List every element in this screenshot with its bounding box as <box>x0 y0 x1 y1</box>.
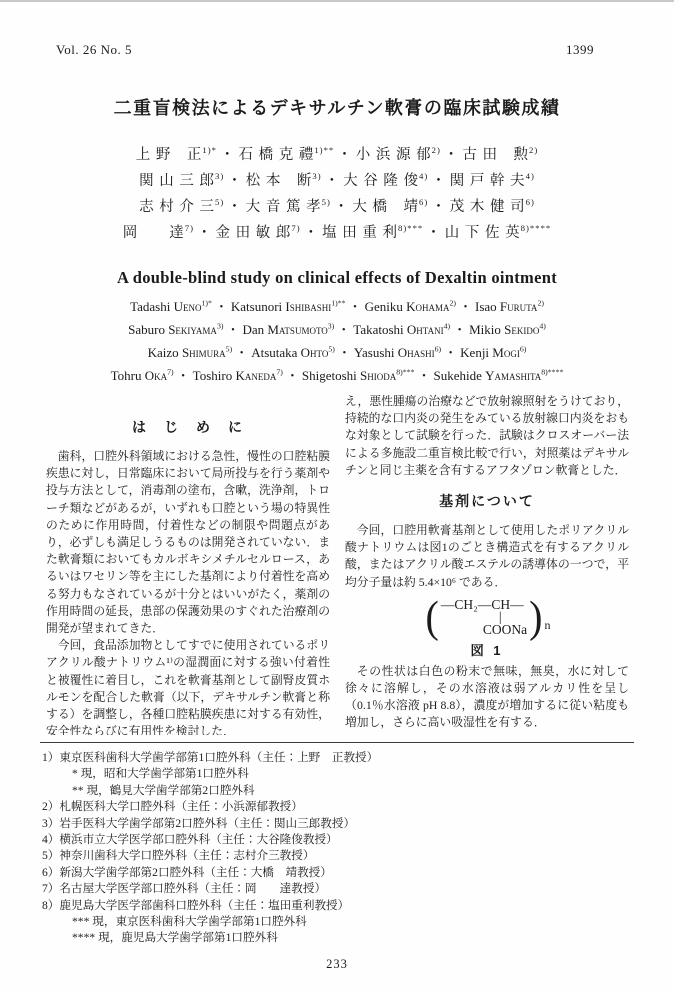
author-superscript: 6) <box>419 197 428 207</box>
author-name: 上 野 正1)* <box>136 147 217 163</box>
author-separator: ・ <box>224 199 246 215</box>
author-name: 塩 田 重 利8)*** <box>322 225 423 241</box>
authors-en: Tadashi Ueno1)*・Katsunori Ishibashi1)**・… <box>0 295 674 387</box>
formula-paren-right: ) <box>527 594 544 639</box>
author-name: Mikio Sekido4) <box>469 322 546 337</box>
author-given: Mikio <box>469 322 504 337</box>
author-name: 小 浜 源 郁2) <box>356 147 441 163</box>
author-family: Yamashita <box>485 368 541 383</box>
author-name-text: 古 田 勲 <box>462 147 529 163</box>
author-given: Toshiro <box>193 368 236 383</box>
author-superscript: 1)** <box>314 145 334 155</box>
formula-line1: —CH₂—CH— <box>441 597 527 612</box>
author-given: Geniku <box>365 299 407 314</box>
author-family: Ueno <box>174 299 202 314</box>
author-family: Shioda <box>360 368 396 383</box>
author-separator: ・ <box>456 299 475 314</box>
en-author-row: Saburo Sekiyama3)・Dan Matsumoto3)・Takato… <box>0 318 674 341</box>
en-author-row: Tohru Oka7)・Toshiro Kaneda7)・Shigetoshi … <box>0 364 674 387</box>
author-separator: ・ <box>334 322 353 337</box>
body-paragraph-continuation: え，悪性腫瘍の治療などで放射線照射をうけており，持続的な口内炎の発生をみている放… <box>345 393 629 479</box>
footnote-item: 3）岩手医科大学歯学部第2口腔外科（主任：関山三郎教授） <box>42 816 634 832</box>
author-superscript: 7) <box>276 368 283 377</box>
footnote-item: 2）札幌医科大学口腔外科（主任：小浜源郁教授） <box>42 799 634 815</box>
author-separator: ・ <box>441 345 460 360</box>
author-superscript: 2) <box>432 145 441 155</box>
author-name-text: 松 本 断 <box>246 173 313 189</box>
author-separator: ・ <box>322 173 344 189</box>
body-paragraph-base-intro: 今回，口腔用軟膏基剤として使用したポリアクリル酸ナトリウムは図1のごとき構造式を… <box>345 522 629 591</box>
author-name-text: 上 野 正 <box>136 147 203 163</box>
author-superscript: 5) <box>328 345 335 354</box>
author-name: Geniku Kohama2) <box>365 299 456 314</box>
author-name: 古 田 勲2) <box>462 147 538 163</box>
author-family: Shimura <box>182 345 226 360</box>
figure-1: ( —CH₂—CH— | COONa ) n 図 1 <box>345 597 629 659</box>
author-given: Isao <box>475 299 500 314</box>
author-name-text: 金 田 敏 郎 <box>215 225 291 241</box>
formula-line2: COONa <box>441 622 527 637</box>
author-name: 石 橋 克 禮1)** <box>238 147 334 163</box>
author-name-text: 塩 田 重 利 <box>322 225 398 241</box>
author-superscript: 8)*** <box>396 368 414 377</box>
figure-caption: 図 1 <box>345 640 629 659</box>
body-columns: は じ め に 歯科，口腔外科領域における急性，慢性の口腔粘膜疾患に対し，日常臨… <box>46 393 630 735</box>
author-superscript: 7) <box>167 368 174 377</box>
journal-volume: Vol. 26 No. 5 <box>56 42 132 58</box>
author-superscript: 2) <box>529 145 538 155</box>
body-paragraph: 今回，食品添加物としてすでに使用されているポリアクリル酸ナトリウム¹⁾の湿潤面に… <box>46 637 330 735</box>
author-name: 関 戸 幹 夫4) <box>450 173 535 189</box>
journal-page-number-top: 1399 <box>566 42 594 58</box>
author-name: Toshiro Kaneda7) <box>193 368 283 383</box>
author-family: Kaneda <box>235 368 276 383</box>
author-family: Ohto <box>301 345 329 360</box>
author-name-text: 志 村 介 三 <box>139 199 215 215</box>
author-superscript: 4) <box>539 322 546 331</box>
author-name-text: 岡 達 <box>123 225 185 241</box>
footnote-item: * 現，昭和大学歯学部第1口腔外科 <box>42 766 634 782</box>
section-heading-base: 基剤について <box>345 491 629 511</box>
author-separator: ・ <box>450 322 469 337</box>
author-name: 大 谷 隆 俊4) <box>343 173 428 189</box>
author-given: Dan <box>242 322 267 337</box>
author-given: Tohru <box>111 368 145 383</box>
author-given: Shigetoshi <box>302 368 360 383</box>
author-family: Sekiyama <box>168 322 217 337</box>
author-name: 松 本 断3) <box>246 173 322 189</box>
author-superscript: 4) <box>419 171 428 181</box>
author-separator: ・ <box>428 173 450 189</box>
author-name-text: 小 浜 源 郁 <box>356 147 432 163</box>
author-separator: ・ <box>423 225 445 241</box>
author-name: 大 橋 靖6) <box>352 199 428 215</box>
footnote-item: 6）新潟大学歯学部第2口腔外科（主任：大橋 靖教授） <box>42 865 634 881</box>
formula-bond: | <box>441 612 527 622</box>
footnote-item: 7）名古屋大学医学部口腔外科（主任：岡 達教授） <box>42 881 634 897</box>
author-family: Matsumoto <box>267 322 327 337</box>
formula-body: —CH₂—CH— | COONa <box>441 597 527 637</box>
author-given: Sukehide <box>433 368 485 383</box>
jp-author-row: 上 野 正1)*・石 橋 克 禮1)**・小 浜 源 郁2)・古 田 勲2) <box>0 142 674 168</box>
authors-jp: 上 野 正1)*・石 橋 克 禮1)**・小 浜 源 郁2)・古 田 勲2)関 … <box>0 142 674 246</box>
author-given: Kaizo <box>148 345 182 360</box>
author-given: Saburo <box>128 322 168 337</box>
author-name-text: 茂 木 健 司 <box>450 199 526 215</box>
author-name: Saburo Sekiyama3) <box>128 322 223 337</box>
author-family: Furuta <box>500 299 538 314</box>
author-separator: ・ <box>212 299 231 314</box>
author-given: Katsunori <box>231 299 286 314</box>
author-separator: ・ <box>335 345 354 360</box>
chemical-formula: ( —CH₂—CH— | COONa ) n <box>424 597 551 637</box>
page-footer-number: 233 <box>0 957 674 972</box>
author-name: Dan Matsumoto3) <box>242 322 334 337</box>
author-name-text: 大 橋 靖 <box>352 199 419 215</box>
author-superscript: 1)* <box>201 299 211 308</box>
footnote-rule <box>40 742 634 743</box>
author-given: Tadashi <box>130 299 174 314</box>
paper-page: Vol. 26 No. 5 1399 二重盲検法によるデキサルチン軟膏の臨床試験… <box>0 42 674 972</box>
author-name: 志 村 介 三5) <box>139 199 224 215</box>
footnote-item: 8）鹿児島大学医学部歯科口腔外科（主任：塩田重利教授） <box>42 898 634 914</box>
author-name: Katsunori Ishibashi1)** <box>231 299 346 314</box>
author-superscript: 3) <box>215 171 224 181</box>
author-separator: ・ <box>232 345 251 360</box>
formula-subscript-n: n <box>544 618 550 637</box>
author-separator: ・ <box>441 147 463 163</box>
author-name: 茂 木 健 司6) <box>450 199 535 215</box>
author-superscript: 4) <box>526 171 535 181</box>
author-family: Sekido <box>504 322 539 337</box>
author-name: Kenji Mogi6) <box>460 345 526 360</box>
paper-title-jp: 二重盲検法によるデキサルチン軟膏の臨床試験成績 <box>0 94 674 120</box>
right-column: え，悪性腫瘍の治療などで放射線照射をうけており，持続的な口内炎の発生をみている放… <box>345 393 629 735</box>
author-superscript: 1)** <box>331 299 345 308</box>
author-name-text: 石 橋 克 禮 <box>238 147 314 163</box>
author-name-text: 関 戸 幹 夫 <box>450 173 526 189</box>
paper-title-en: A double-blind study on clinical effects… <box>0 268 674 288</box>
author-superscript: 7) <box>185 223 194 233</box>
author-separator: ・ <box>217 147 239 163</box>
author-superscript: 2) <box>537 299 544 308</box>
author-separator: ・ <box>334 147 356 163</box>
footnote-item: *** 現，東京医科歯科大学歯学部第1口腔外科 <box>42 914 634 930</box>
footnote-item: **** 現，鹿児島大学歯学部第1口腔外科 <box>42 930 634 946</box>
author-family: Kohama <box>406 299 449 314</box>
author-separator: ・ <box>414 368 433 383</box>
author-given: Kenji <box>460 345 492 360</box>
author-superscript: 6) <box>526 197 535 207</box>
author-separator: ・ <box>174 368 193 383</box>
author-family: Ohashi <box>398 345 435 360</box>
author-name: Takatoshi Ohtani4) <box>353 322 450 337</box>
author-superscript: 5) <box>215 197 224 207</box>
author-name: Sukehide Yamashita8)**** <box>433 368 563 383</box>
author-name: 金 田 敏 郎7) <box>215 225 300 241</box>
section-heading-intro: は じ め に <box>46 417 330 437</box>
left-column: は じ め に 歯科，口腔外科領域における急性，慢性の口腔粘膜疾患に対し，日常臨… <box>46 393 330 735</box>
author-name: 関 山 三 郎3) <box>139 173 224 189</box>
author-family: Mogi <box>492 345 520 360</box>
author-superscript: 6) <box>520 345 527 354</box>
author-name: Atsutaka Ohto5) <box>251 345 335 360</box>
jp-author-row: 志 村 介 三5)・大 音 篤 孝5)・大 橋 靖6)・茂 木 健 司6) <box>0 194 674 220</box>
en-author-row: Tadashi Ueno1)*・Katsunori Ishibashi1)**・… <box>0 295 674 318</box>
author-family: Ishibashi <box>285 299 331 314</box>
jp-author-row: 関 山 三 郎3)・松 本 断3)・大 谷 隆 俊4)・関 戸 幹 夫4) <box>0 168 674 194</box>
footnote-item: 5）神奈川歯科大学口腔外科（主任：志村介三教授） <box>42 848 634 864</box>
footnote-item: 4）横浜市立大学医学部口腔外科（主任：大谷隆俊教授） <box>42 832 634 848</box>
author-name-text: 大 谷 隆 俊 <box>343 173 419 189</box>
author-given: Takatoshi <box>353 322 407 337</box>
author-name: 大 音 篤 孝5) <box>246 199 331 215</box>
author-superscript: 5) <box>322 197 331 207</box>
author-name: Kaizo Shimura5) <box>148 345 233 360</box>
author-separator: ・ <box>224 173 246 189</box>
footnote-item: 1）東京医科歯科大学歯学部第1口腔外科（主任：上野 正教授） <box>42 750 634 766</box>
author-superscript: 3) <box>312 171 321 181</box>
footnote-item: ** 現，鶴見大学歯学部第2口腔外科 <box>42 783 634 799</box>
author-family: Oka <box>145 368 167 383</box>
body-paragraph-properties: その性状は白色の粉末で無味，無臭，水に対して徐々に溶解し，その水溶液は弱アルカリ… <box>345 663 629 732</box>
author-separator: ・ <box>346 299 365 314</box>
en-author-row: Kaizo Shimura5)・Atsutaka Ohto5)・Yasushi … <box>0 341 674 364</box>
jp-author-row: 岡 達7)・金 田 敏 郎7)・塩 田 重 利8)***・山 下 佐 英8)**… <box>0 220 674 246</box>
author-superscript: 8)**** <box>541 368 563 377</box>
page-header: Vol. 26 No. 5 1399 <box>56 42 594 58</box>
author-separator: ・ <box>223 322 242 337</box>
author-separator: ・ <box>301 225 323 241</box>
author-name-text: 山 下 佐 英 <box>445 225 521 241</box>
author-superscript: 8)**** <box>521 223 552 233</box>
author-name: Shigetoshi Shioda8)*** <box>302 368 415 383</box>
author-name-text: 大 音 篤 孝 <box>246 199 322 215</box>
author-name: 岡 達7) <box>123 225 194 241</box>
author-family: Ohtani <box>407 322 444 337</box>
author-separator: ・ <box>331 199 353 215</box>
author-superscript: 7) <box>291 223 300 233</box>
author-name: 山 下 佐 英8)**** <box>445 225 552 241</box>
author-name: Isao Furuta2) <box>475 299 544 314</box>
author-name-text: 関 山 三 郎 <box>139 173 215 189</box>
scan-edge <box>0 0 674 2</box>
author-superscript: 2) <box>449 299 456 308</box>
author-name: Tohru Oka7) <box>111 368 174 383</box>
author-superscript: 8)*** <box>398 223 423 233</box>
footnotes: 1）東京医科歯科大学歯学部第1口腔外科（主任：上野 正教授）* 現，昭和大学歯学… <box>42 750 634 947</box>
author-given: Yasushi <box>354 345 398 360</box>
author-name: Yasushi Ohashi6) <box>354 345 441 360</box>
author-given: Atsutaka <box>251 345 300 360</box>
intro-paragraphs: 歯科，口腔外科領域における急性，慢性の口腔粘膜疾患に対し，日常臨床において局所投… <box>46 448 330 735</box>
author-name: Tadashi Ueno1)* <box>130 299 212 314</box>
formula-paren-left: ( <box>424 594 441 639</box>
author-superscript: 1)* <box>202 145 217 155</box>
author-separator: ・ <box>283 368 302 383</box>
body-paragraph: 歯科，口腔外科領域における急性，慢性の口腔粘膜疾患に対し，日常臨床において局所投… <box>46 448 330 637</box>
author-separator: ・ <box>428 199 450 215</box>
author-separator: ・ <box>194 225 216 241</box>
